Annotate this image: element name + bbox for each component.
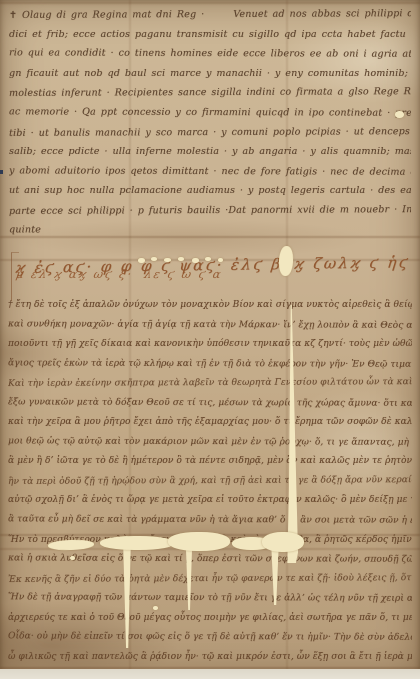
greek-line: καὶ τὴν χεῖρα ἃ μου ῥῆτρο ἔχει ἀπὸ τῆς ἑ… (8, 413, 412, 433)
fold-hole (138, 258, 145, 263)
signature-flourish-line-2: μ ἐλ ϗ αϗ ωϛ ξ· λε ϛ ω ϛ α (15, 268, 248, 281)
manuscript-photo: ✝ Olaug di gra Regina mat dni Reg · Venu… (0, 0, 420, 679)
latin-line-indiction: quinte (9, 220, 411, 241)
fold-hole (164, 258, 171, 262)
fold-hole (218, 258, 223, 262)
greek-line: Ἥν δὲ τῇ ἀναγραφῇ τῶν πάντων ταμιεῖον τὸ… (8, 588, 412, 609)
latin-line-text: parte ecce sci philippi · p futuris baui… (9, 201, 228, 222)
latin-line: molestias inferunt · Recipientes sance s… (9, 82, 411, 103)
greek-line: ἅγιος τρεῖς ἑκὼν τὰ ἱερὰ τῷ κλήρῳ καὶ τῇ… (8, 354, 412, 375)
latin-line: y abomi aduitorio ipos qetos dimittant ·… (9, 161, 411, 182)
greek-line: Καὶ τὴν ἱερὰν ἐκείνην σκῆπτρα μετὰ λαβεῖ… (8, 373, 412, 394)
greek-line: ἣν τὰ περὶ ὁδοῦ ζῇ τῇ ἡρῴδου σὺν ἃ χρή, … (8, 471, 412, 492)
dating-clause: Dat panormi xvii die m nouebr · Indic (228, 200, 411, 220)
invocation-cross-icon: ✝ (9, 10, 22, 21)
greek-line: μοι θεῷ ὡς τῷ αὐτῷ καὶ τὸν μακάριον μῶν … (8, 432, 412, 453)
pale-spot (70, 556, 75, 560)
ink-speck (0, 170, 3, 174)
greek-line: ὦ φιλικῶς τῇ καὶ παντελῶς ἃ ῥᾴδιον ἦν· τ… (8, 648, 412, 668)
abrasion-patch (262, 532, 304, 552)
greek-line: καὶ ἡ σκιὰ λυθεῖσα εἰς ὅ γε τῷ καὶ τί ῇ,… (8, 549, 412, 570)
latin-line: dici et frib; ecce actios paganu transmi… (9, 25, 411, 45)
pale-spot (395, 111, 404, 118)
latin-line: ✝ Olaug di gra Regina mat dni Reg · Venu… (9, 4, 411, 25)
latin-line: gn ficauit aut nob qd baul sci marce y m… (9, 64, 411, 84)
latin-line: ac memorie · Qa ppt concessio y co firma… (9, 102, 411, 123)
bottom-edge-band (0, 669, 420, 679)
latin-line-with-dating-clause: parte ecce sci philippi · p futuris baui… (9, 200, 411, 221)
latin-line: ut ani sup hoc nulla pclamacione audiamu… (9, 181, 411, 201)
abrasion-patch (168, 532, 230, 551)
greek-line: αὐτῷ σχολῇ δι’ ἃ ἑνὸς τι ὥρᾳ γε μετὰ χεῖ… (8, 491, 412, 511)
greek-line: ἀρχιερεύς τε καὶ ὁ τοῦ Θεοῦ μέγας οὗτος … (8, 609, 412, 629)
greek-line: ποιοῦντι τῇ γῇ χεῖς δίκαια καὶ κανονικὴν… (8, 335, 412, 355)
latin-line: tibi · ut banulis manachii y sco marca ·… (9, 122, 411, 143)
latin-line: salib; ecce pdicte · ulla inferne molest… (9, 142, 411, 162)
greek-text-section: † ἔτη δὲ τοῖς ἐξ ἁπαλῶν ὀνύχων τὸν μοναχ… (0, 296, 420, 667)
fold-hole (192, 258, 199, 263)
greek-line: † ἔτη δὲ τοῖς ἐξ ἁπαλῶν ὀνύχων τὸν μοναχ… (8, 296, 412, 316)
greek-line: ἔξω γυναικῶν μετὰ τὸ δόξαν Θεοῦ σε τί τι… (8, 393, 412, 414)
latin-line: rio qui ea condidit · co tinens homines … (9, 43, 411, 64)
latin-text-section: ✝ Olaug di gra Regina mat dni Reg · Venu… (0, 5, 420, 240)
greek-line: Οἶδα· οὐ μὴν δὲ εἰπεῖν τί σοι φῶς εἰς ὅ … (8, 628, 412, 649)
abrasion-patch (100, 536, 174, 550)
pale-spot (153, 606, 158, 610)
fold-hole (178, 257, 184, 261)
fold-hole (205, 257, 211, 261)
latin-line-text: Olaug di gra Regina mat dni Reg · Venuet… (22, 8, 411, 21)
greek-line: καὶ συνθήκη μοναχῶν· ἁγία τῇ ἁγίᾳ τῇ κατ… (8, 315, 412, 336)
greek-line: ἃ μὲν ἢ δ’ ἰῶτα γε τὸ δὲ ἢ ἡμέτερον ὃ τὰ… (8, 452, 412, 472)
fold-hole (151, 257, 157, 261)
greek-line: ἃ ταῦτα εὖ μὴ δεῖ σε καὶ τὰ γράμματα νῦν… (8, 510, 412, 531)
greek-signature-section: ϗ ἐϛ αϛ· φ φ φ ϛ ψαϛ· ἐλϛ βλϗ ζωλϗ ϛ ἡϛ … (16, 254, 414, 281)
greek-line: Ἐκ κενῆς ἃ ζῆν εἰ δύο τὰ ῥητὰ μὲν δέχετα… (8, 569, 412, 590)
